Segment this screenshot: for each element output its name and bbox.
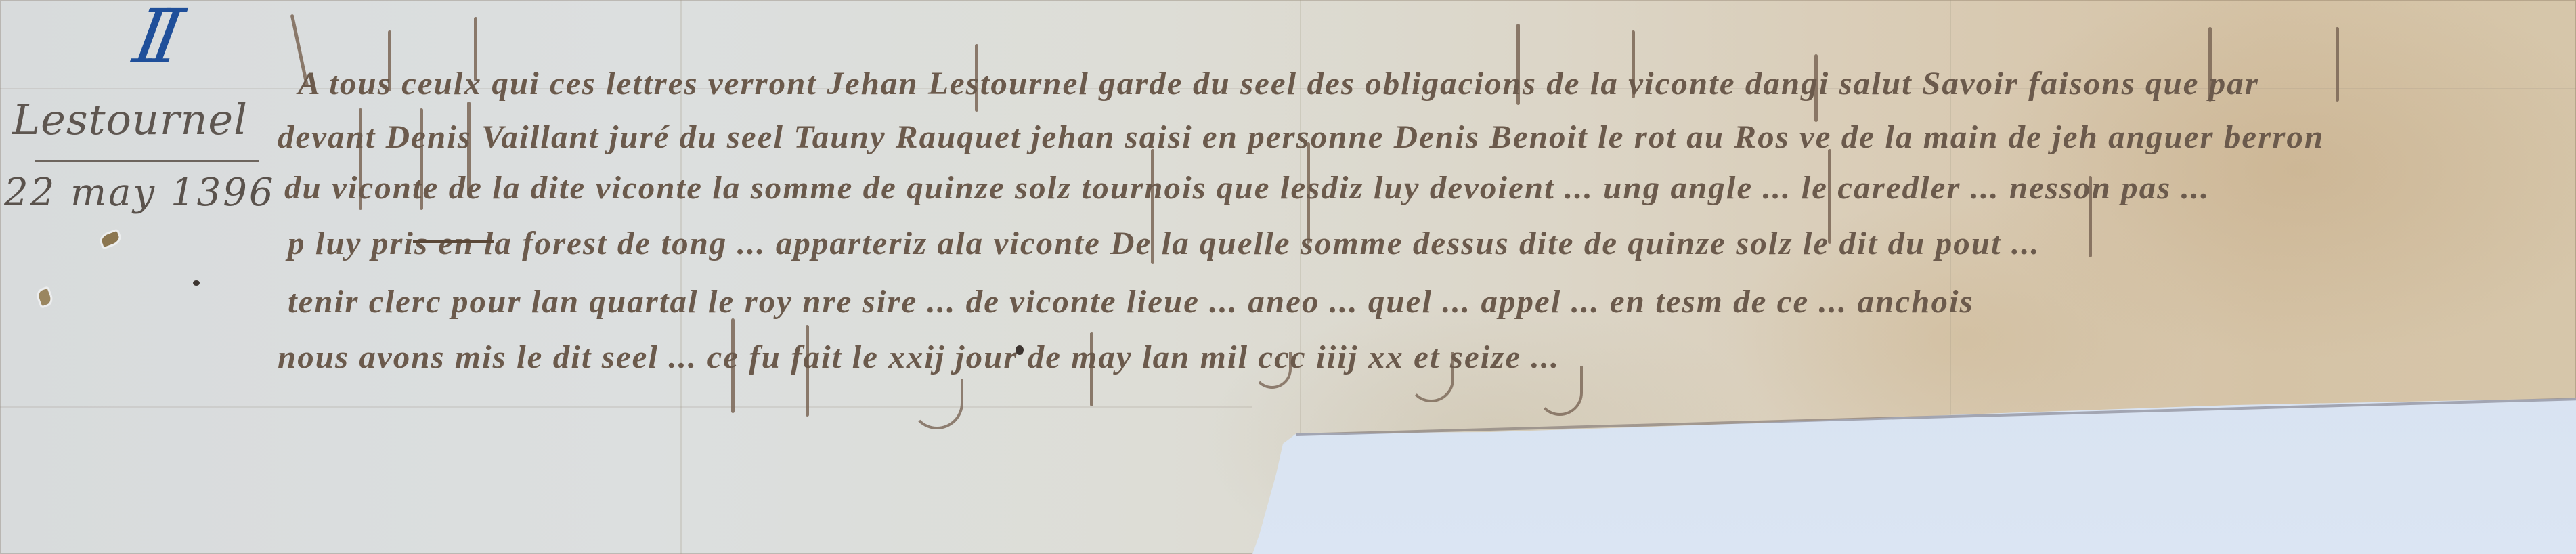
- ink-spot: [193, 280, 200, 286]
- margin-blue-number: II: [128, 0, 177, 80]
- flourish-loop: [911, 379, 963, 429]
- margin-name-annotation: Lestournel: [12, 95, 248, 144]
- struck-through-word: [413, 240, 494, 243]
- margin-underline: [35, 160, 259, 162]
- ascender-stroke: [2336, 27, 2339, 102]
- parchment-sheet: II Lestournel 22 may 1396 A tous ce: [0, 0, 2576, 554]
- manuscript-line-6: nous avons mis le dit seel ... ce fu fai…: [278, 339, 1560, 376]
- manuscript-photo: II Lestournel 22 may 1396 A tous ce: [0, 0, 2576, 554]
- fold-crease-horizontal: [0, 406, 1252, 408]
- manuscript-line-3: du viconte de la dite viconte la somme d…: [284, 169, 2210, 207]
- manuscript-line-5: tenir clerc pour lan quartal le roy nre …: [288, 283, 1974, 320]
- manuscript-line-4: p luy pris en la forest de tong ... appa…: [288, 225, 2040, 262]
- margin-date-annotation: 22 may 1396: [4, 171, 276, 215]
- manuscript-line-1: A tous ceulx qui ces lettres verront Jeh…: [298, 65, 2259, 102]
- parchment-hole: [37, 289, 53, 306]
- manuscript-line-2: devant Denis Vaillant juré du seel Tauny…: [278, 119, 2324, 156]
- parchment-hole: [100, 231, 121, 247]
